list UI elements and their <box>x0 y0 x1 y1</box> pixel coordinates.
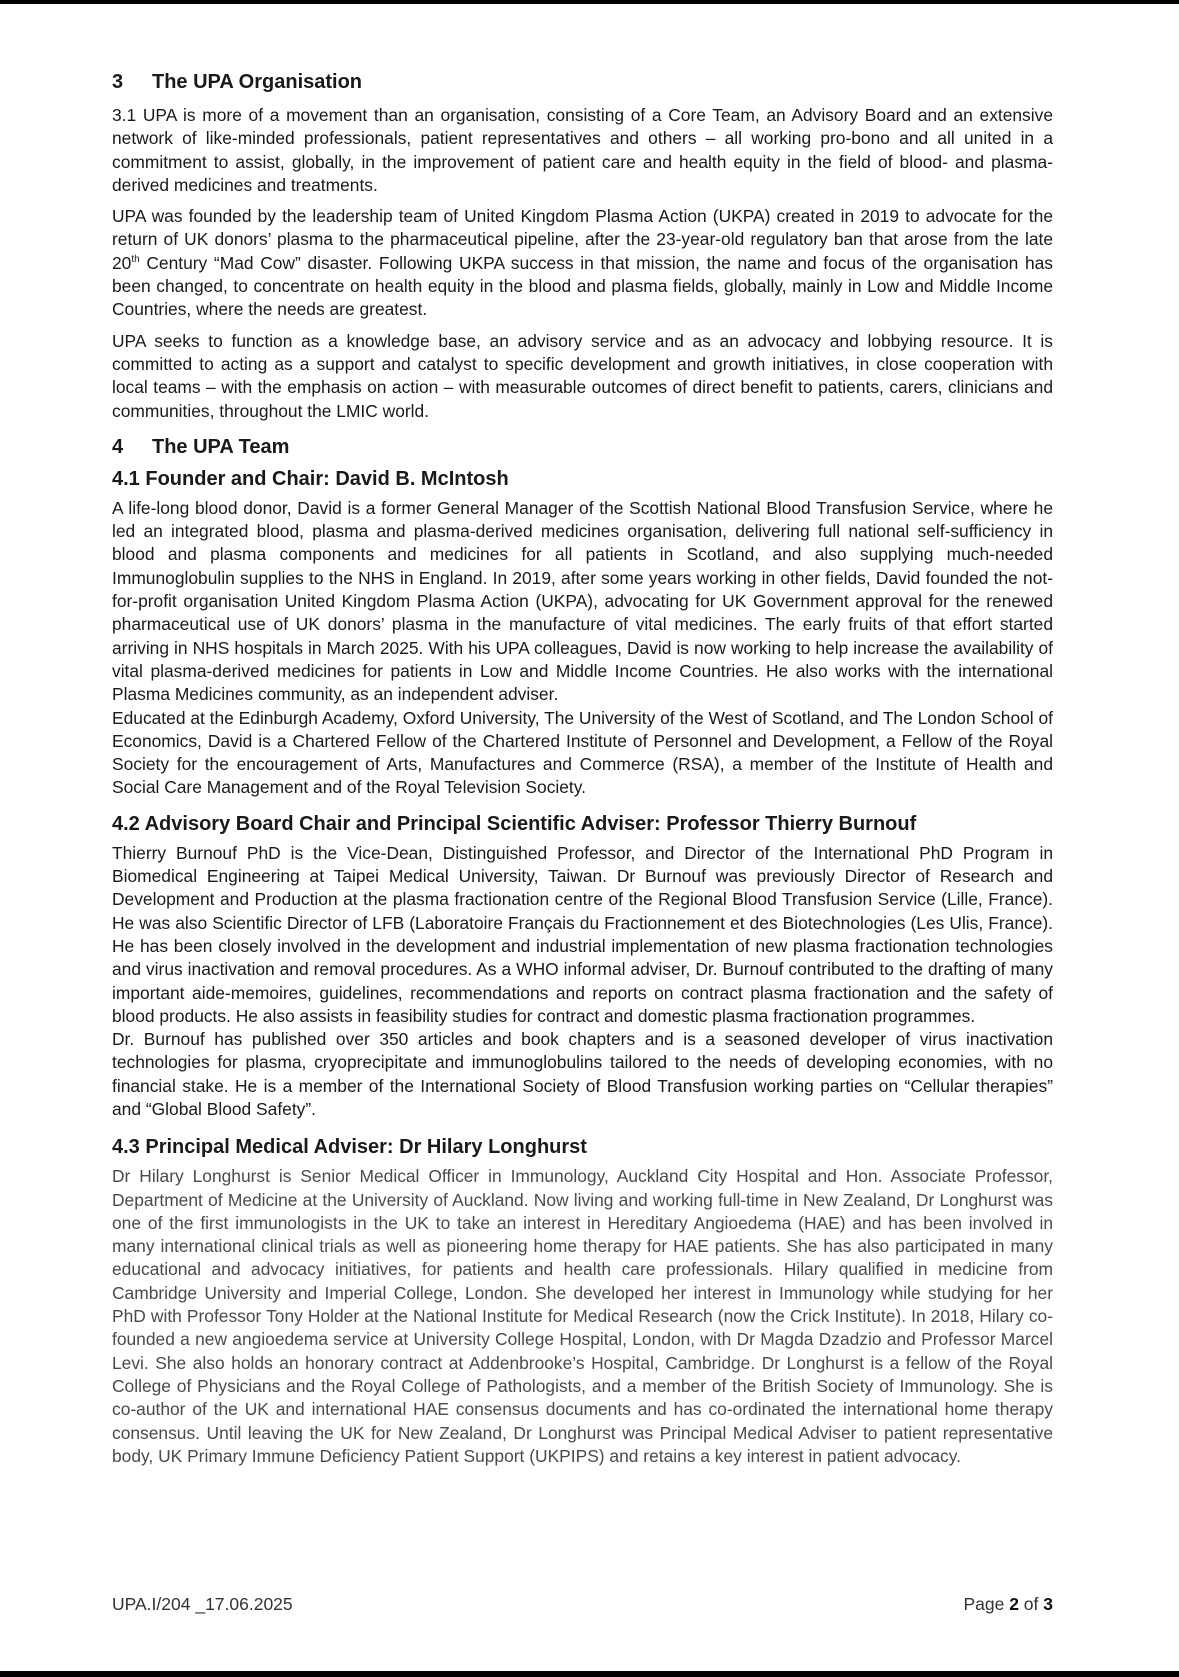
page-label: Page <box>963 1594 1009 1614</box>
subsection-4-3: 4.3 Principal Medical Adviser: Dr Hilary… <box>112 1135 1053 1468</box>
top-border <box>0 0 1179 4</box>
page-footer: UPA.I/204 _17.06.2025 Page 2 of 3 <box>112 1594 1053 1615</box>
document-page: 3 The UPA Organisation 3.1 UPA is more o… <box>112 70 1053 1476</box>
bottom-border <box>0 1671 1179 1677</box>
section-4-heading: 4 The UPA Team <box>112 435 1053 459</box>
page-total: 3 <box>1043 1594 1053 1614</box>
paragraph-mcintosh-education: Educated at the Edinburgh Academy, Oxfor… <box>112 707 1053 800</box>
subsection-4-1-heading: 4.1 Founder and Chair: David B. McIntosh <box>112 467 1053 491</box>
text-span: Century “Mad Cow” disaster. Following UK… <box>112 253 1053 320</box>
section-title: The UPA Organisation <box>152 70 362 94</box>
paragraph-mcintosh-bio: A life-long blood donor, David is a form… <box>112 497 1053 707</box>
section-3-heading: 3 The UPA Organisation <box>112 70 1053 94</box>
subsection-4-2-heading: 4.2 Advisory Board Chair and Principal S… <box>112 812 1053 836</box>
superscript: th <box>131 254 139 265</box>
paragraph-mission: UPA seeks to function as a knowledge bas… <box>112 330 1053 423</box>
subsection-4-3-heading: 4.3 Principal Medical Adviser: Dr Hilary… <box>112 1135 1053 1159</box>
section-title: The UPA Team <box>152 435 289 459</box>
page-number: Page 2 of 3 <box>963 1594 1053 1615</box>
paragraph-burnouf-publications: Dr. Burnouf has published over 350 artic… <box>112 1028 1053 1121</box>
page-current: 2 <box>1009 1594 1019 1614</box>
paragraph-3-1: 3.1 UPA is more of a movement than an or… <box>112 104 1053 197</box>
document-reference: UPA.I/204 _17.06.2025 <box>112 1594 293 1615</box>
paragraph-founding: UPA was founded by the leadership team o… <box>112 205 1053 321</box>
section-number: 4 <box>112 435 152 459</box>
section-number: 3 <box>112 70 152 94</box>
page-of-label: of <box>1019 1594 1043 1614</box>
paragraph-longhurst-bio: Dr Hilary Longhurst is Senior Medical Of… <box>112 1165 1053 1468</box>
paragraph-burnouf-bio: Thierry Burnouf PhD is the Vice-Dean, Di… <box>112 842 1053 1028</box>
